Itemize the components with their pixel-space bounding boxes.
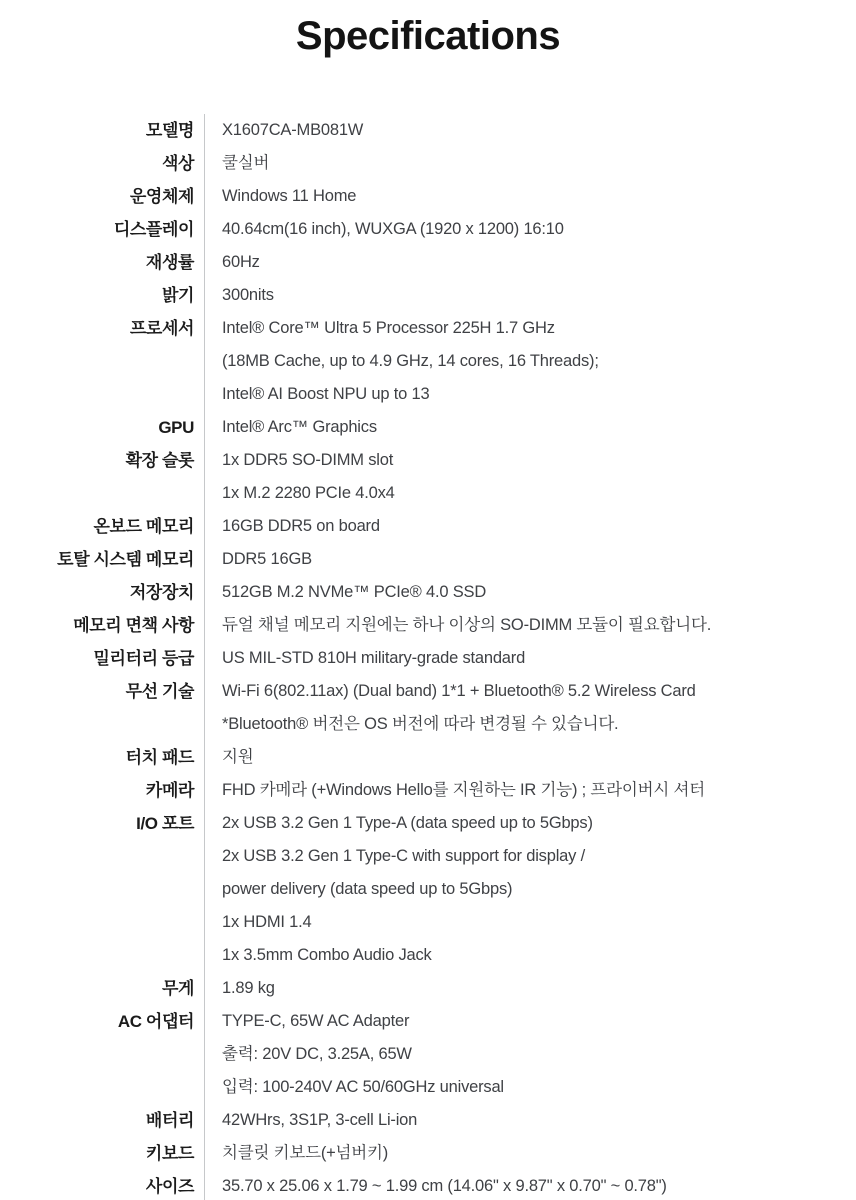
spec-value-line: 1x M.2 2280 PCIe 4.0x4 (222, 477, 856, 510)
spec-value: 35.70 x 25.06 x 1.79 ~ 1.99 cm (14.06" x… (204, 1170, 856, 1200)
spec-value-line: DDR5 16GB (222, 543, 856, 576)
spec-label: 메모리 면책 사항 (0, 609, 204, 642)
spec-value: 쿨실버 (204, 147, 856, 180)
spec-row-refresh-rate: 재생률 60Hz (0, 246, 856, 279)
spec-value: Wi-Fi 6(802.11ax) (Dual band) 1*1 + Blue… (204, 675, 856, 741)
spec-row-battery: 배터리 42WHrs, 3S1P, 3-cell Li-ion (0, 1104, 856, 1137)
spec-value-line: 1x HDMI 1.4 (222, 906, 856, 939)
spec-value-line: 듀얼 채널 메모리 지원에는 하나 이상의 SO-DIMM 모듈이 필요합니다. (222, 609, 856, 642)
spec-value: 40.64cm(16 inch), WUXGA (1920 x 1200) 16… (204, 213, 856, 246)
spec-row-storage: 저장장치 512GB M.2 NVMe™ PCIe® 4.0 SSD (0, 576, 856, 609)
spec-value: 치클릿 키보드(+넘버키) (204, 1137, 856, 1170)
spec-row-ac-adapter: AC 어댑터 TYPE-C, 65W AC Adapter 출력: 20V DC… (0, 1005, 856, 1104)
spec-value-line: 40.64cm(16 inch), WUXGA (1920 x 1200) 16… (222, 213, 856, 246)
spec-value: 1.89 kg (204, 972, 856, 1005)
spec-label: 저장장치 (0, 576, 204, 609)
spec-label: 프로세서 (0, 312, 204, 411)
spec-value: 300nits (204, 279, 856, 312)
spec-value: TYPE-C, 65W AC Adapter 출력: 20V DC, 3.25A… (204, 1005, 856, 1104)
spec-row-keyboard: 키보드 치클릿 키보드(+넘버키) (0, 1137, 856, 1170)
spec-label: 터치 패드 (0, 741, 204, 774)
spec-value-line: 치클릿 키보드(+넘버키) (222, 1137, 856, 1170)
spec-row-gpu: GPU Intel® Arc™ Graphics (0, 411, 856, 444)
spec-value-line: Intel® Arc™ Graphics (222, 411, 856, 444)
spec-value-line: TYPE-C, 65W AC Adapter (222, 1005, 856, 1038)
spec-label: 무선 기술 (0, 675, 204, 741)
spec-row-expansion-slots: 확장 슬롯 1x DDR5 SO-DIMM slot 1x M.2 2280 P… (0, 444, 856, 510)
spec-value-line: *Bluetooth® 버전은 OS 버전에 따라 변경될 수 있습니다. (222, 708, 856, 741)
spec-row-processor: 프로세서 Intel® Core™ Ultra 5 Processor 225H… (0, 312, 856, 411)
spec-row-size: 사이즈 35.70 x 25.06 x 1.79 ~ 1.99 cm (14.0… (0, 1170, 856, 1200)
page-title: Specifications (0, 14, 856, 59)
spec-value-line: 1.89 kg (222, 972, 856, 1005)
spec-value: FHD 카메라 (+Windows Hello를 지원하는 IR 기능) ; 프… (204, 774, 856, 807)
spec-value: 42WHrs, 3S1P, 3-cell Li-ion (204, 1104, 856, 1137)
spec-value-line: 42WHrs, 3S1P, 3-cell Li-ion (222, 1104, 856, 1137)
spec-label: 사이즈 (0, 1170, 204, 1200)
spec-value: Intel® Arc™ Graphics (204, 411, 856, 444)
spec-value-line: 쿨실버 (222, 147, 856, 180)
spec-value-line: 1x DDR5 SO-DIMM slot (222, 444, 856, 477)
spec-value: 16GB DDR5 on board (204, 510, 856, 543)
spec-value-line: X1607CA-MB081W (222, 114, 856, 147)
spec-row-io-ports: I/O 포트 2x USB 3.2 Gen 1 Type-A (data spe… (0, 807, 856, 972)
spec-row-total-system-memory: 토탈 시스템 메모리 DDR5 16GB (0, 543, 856, 576)
spec-row-memory-disclaimer: 메모리 면책 사항 듀얼 채널 메모리 지원에는 하나 이상의 SO-DIMM … (0, 609, 856, 642)
spec-label: I/O 포트 (0, 807, 204, 972)
spec-value: DDR5 16GB (204, 543, 856, 576)
spec-row-wireless: 무선 기술 Wi-Fi 6(802.11ax) (Dual band) 1*1 … (0, 675, 856, 741)
spec-value-line: Wi-Fi 6(802.11ax) (Dual band) 1*1 + Blue… (222, 675, 856, 708)
spec-row-color: 색상 쿨실버 (0, 147, 856, 180)
spec-value: 2x USB 3.2 Gen 1 Type-A (data speed up t… (204, 807, 856, 972)
spec-label: 밀리터리 등급 (0, 642, 204, 675)
spec-label: 재생률 (0, 246, 204, 279)
spec-value-line: 2x USB 3.2 Gen 1 Type-A (data speed up t… (222, 807, 856, 840)
spec-label: 모델명 (0, 114, 204, 147)
spec-value-line: 60Hz (222, 246, 856, 279)
spec-value-line: 2x USB 3.2 Gen 1 Type-C with support for… (222, 840, 856, 873)
spec-row-military-grade: 밀리터리 등급 US MIL-STD 810H military-grade s… (0, 642, 856, 675)
spec-value-line: FHD 카메라 (+Windows Hello를 지원하는 IR 기능) ; 프… (222, 774, 856, 807)
spec-value-line: 512GB M.2 NVMe™ PCIe® 4.0 SSD (222, 576, 856, 609)
spec-value: Intel® Core™ Ultra 5 Processor 225H 1.7 … (204, 312, 856, 411)
spec-label: 무게 (0, 972, 204, 1005)
spec-value-line: Windows 11 Home (222, 180, 856, 213)
spec-value: 60Hz (204, 246, 856, 279)
spec-row-weight: 무게 1.89 kg (0, 972, 856, 1005)
spec-label: 온보드 메모리 (0, 510, 204, 543)
spec-row-display: 디스플레이 40.64cm(16 inch), WUXGA (1920 x 12… (0, 213, 856, 246)
spec-value-line: US MIL-STD 810H military-grade standard (222, 642, 856, 675)
spec-value: X1607CA-MB081W (204, 114, 856, 147)
spec-label: 카메라 (0, 774, 204, 807)
spec-label: 배터리 (0, 1104, 204, 1137)
spec-row-brightness: 밝기 300nits (0, 279, 856, 312)
spec-value-line: Intel® Core™ Ultra 5 Processor 225H 1.7 … (222, 312, 856, 345)
spec-value: 512GB M.2 NVMe™ PCIe® 4.0 SSD (204, 576, 856, 609)
spec-label: 확장 슬롯 (0, 444, 204, 510)
spec-value-line: 300nits (222, 279, 856, 312)
spec-value-line: 지원 (222, 741, 856, 774)
spec-row-touchpad: 터치 패드 지원 (0, 741, 856, 774)
spec-row-camera: 카메라 FHD 카메라 (+Windows Hello를 지원하는 IR 기능)… (0, 774, 856, 807)
spec-label: AC 어댑터 (0, 1005, 204, 1104)
spec-value-line: Intel® AI Boost NPU up to 13 (222, 378, 856, 411)
spec-value-line: power delivery (data speed up to 5Gbps) (222, 873, 856, 906)
spec-label: GPU (0, 411, 204, 444)
spec-row-onboard-memory: 온보드 메모리 16GB DDR5 on board (0, 510, 856, 543)
spec-value: 1x DDR5 SO-DIMM slot 1x M.2 2280 PCIe 4.… (204, 444, 856, 510)
spec-value: Windows 11 Home (204, 180, 856, 213)
spec-table: 모델명 X1607CA-MB081W 색상 쿨실버 운영체제 Windows 1… (0, 114, 856, 1200)
spec-value: 지원 (204, 741, 856, 774)
spec-row-model: 모델명 X1607CA-MB081W (0, 114, 856, 147)
spec-label: 키보드 (0, 1137, 204, 1170)
spec-value: 듀얼 채널 메모리 지원에는 하나 이상의 SO-DIMM 모듈이 필요합니다. (204, 609, 856, 642)
spec-value-line: 출력: 20V DC, 3.25A, 65W (222, 1038, 856, 1071)
spec-label: 밝기 (0, 279, 204, 312)
spec-label: 토탈 시스템 메모리 (0, 543, 204, 576)
spec-value-line: 1x 3.5mm Combo Audio Jack (222, 939, 856, 972)
spec-row-os: 운영체제 Windows 11 Home (0, 180, 856, 213)
spec-value-line: (18MB Cache, up to 4.9 GHz, 14 cores, 16… (222, 345, 856, 378)
spec-value-line: 16GB DDR5 on board (222, 510, 856, 543)
spec-value: US MIL-STD 810H military-grade standard (204, 642, 856, 675)
spec-value-line: 35.70 x 25.06 x 1.79 ~ 1.99 cm (14.06" x… (222, 1170, 856, 1200)
spec-label: 디스플레이 (0, 213, 204, 246)
spec-label: 색상 (0, 147, 204, 180)
spec-value-line: 입력: 100-240V AC 50/60GHz universal (222, 1071, 856, 1104)
spec-label: 운영체제 (0, 180, 204, 213)
